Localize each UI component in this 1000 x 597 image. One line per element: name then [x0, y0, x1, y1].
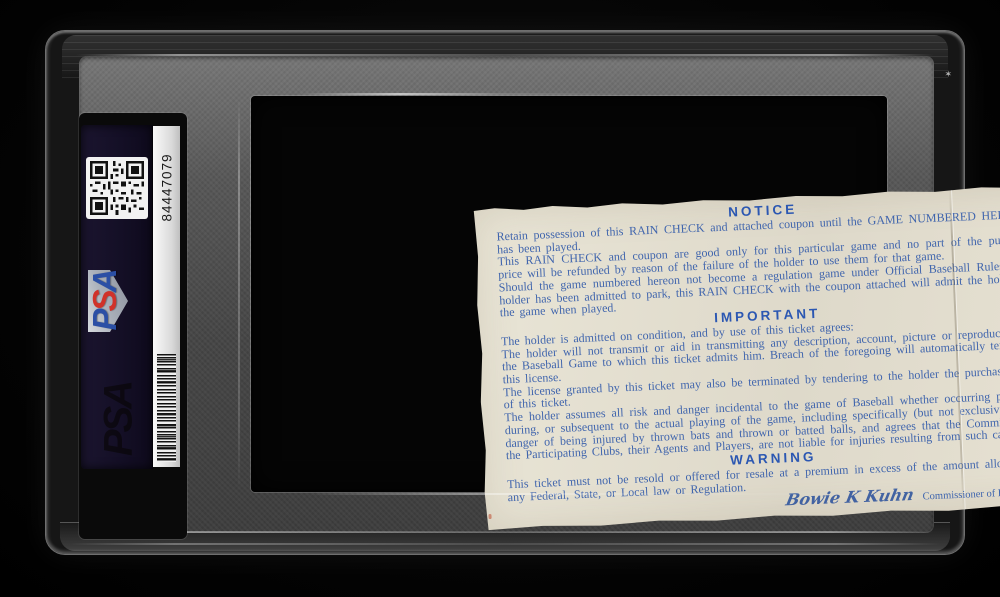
- slab-mold-mark: ✶: [944, 69, 952, 80]
- qr-code: [86, 157, 148, 219]
- slab-ridge: [238, 99, 240, 491]
- slab-glint: [301, 93, 631, 95]
- qr-pattern: [90, 161, 144, 215]
- paper-edge-mark: [488, 514, 491, 519]
- ticket-back: NOTICE Retain possession of this RAIN CH…: [471, 184, 1000, 531]
- label-cert-strip: 84447079: [153, 126, 180, 467]
- psa-logo: PSA: [83, 257, 131, 345]
- slab-ridge: [70, 543, 940, 545]
- psa-ghost-watermark: PSA: [73, 373, 161, 465]
- photo-background: ✶ PSA: [0, 0, 1000, 597]
- psa-logo-text: PSA: [85, 257, 125, 345]
- barcode: [157, 354, 176, 462]
- slab-ridge: [76, 531, 934, 533]
- label-compartment: PSA PSA 84447079: [79, 113, 187, 539]
- slab-window: NOTICE Retain possession of this RAIN CH…: [251, 96, 887, 492]
- psa-label: PSA PSA: [81, 125, 153, 469]
- slab-glint: [306, 493, 866, 495]
- cert-number: 84447079: [154, 133, 181, 243]
- psa-slab: ✶ PSA: [45, 30, 965, 555]
- paper-edge-mark: [474, 248, 477, 253]
- commissioner-title: Commissioner of Baseball: [922, 487, 1000, 503]
